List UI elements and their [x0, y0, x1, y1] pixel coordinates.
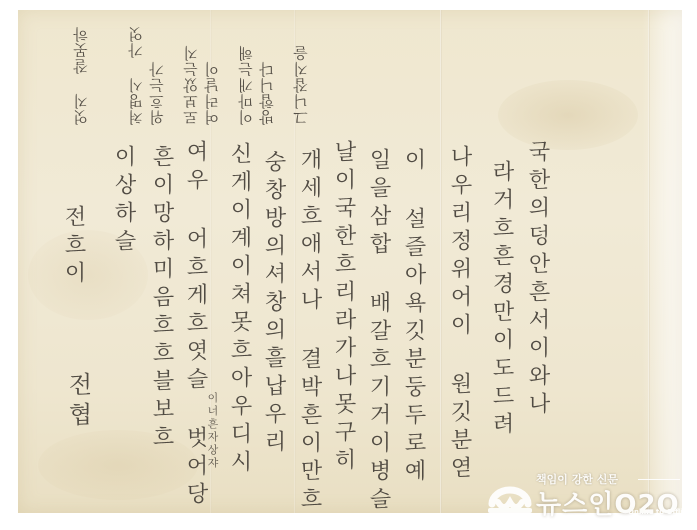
- letter-column-5: 일을삼합 배갈흐기거이병슬: [367, 148, 389, 516]
- margin-line: 이마개는해 방합니다: [235, 14, 277, 125]
- letter-column-6: 날이국한흐리라가나못구히: [332, 140, 354, 477]
- watermark-subtitle: Online to Offline: [628, 508, 692, 516]
- letter-column-12: 이상하슬: [112, 145, 134, 258]
- signature: 전협: [66, 372, 90, 433]
- letter-column-3: 나우리정위어이 원깃분엳: [448, 145, 470, 485]
- letter-column-7: 개세흐애서나 결박흔이만흐: [298, 148, 320, 516]
- newsin-logo-icon: [486, 478, 534, 518]
- letter-column-11: 흔이망하미음흐흐블보흐: [150, 145, 172, 454]
- margin-line: 그니잡지을: [290, 45, 311, 125]
- letter-column-13: 전흐이: [62, 205, 84, 290]
- watermark-rule: [638, 479, 680, 480]
- paper-stain: [38, 430, 198, 500]
- margin-line: 엇지 잘못하: [70, 26, 91, 125]
- fold-line: [440, 10, 442, 513]
- letter-column-4: 이 설즐아욕깃분둥두로예: [402, 148, 424, 488]
- news-watermark: 책임이 강한 신문 뉴스인O2O Online to Offline: [486, 470, 686, 520]
- fold-line: [648, 10, 650, 513]
- margin-line: 로보았는지 여러날이: [180, 14, 222, 125]
- letter-column-2: 라거흐흔경만이도드려: [490, 160, 512, 441]
- margin-writing: 그니잡지을 이마개는해 방합니다 로보았는지 여러날이 쳐명시 가엇위흐는가 엇…: [30, 14, 315, 129]
- letter-column-8: 숭창방의셔창의흘납우리: [262, 150, 284, 459]
- letter-column-9: 신게이계이쳐못흐아우디시: [228, 142, 250, 479]
- letter-column-1: 국한의덩안흔서이와나: [526, 140, 548, 421]
- paper-stain: [498, 80, 638, 150]
- letter-column-10: 여우 어흐게흐엿슬 벗어당: [184, 140, 206, 511]
- interlinear-note: 이너흔자상쟈: [207, 392, 218, 470]
- margin-line: 쳐명시 가엇위흐는가: [125, 14, 167, 125]
